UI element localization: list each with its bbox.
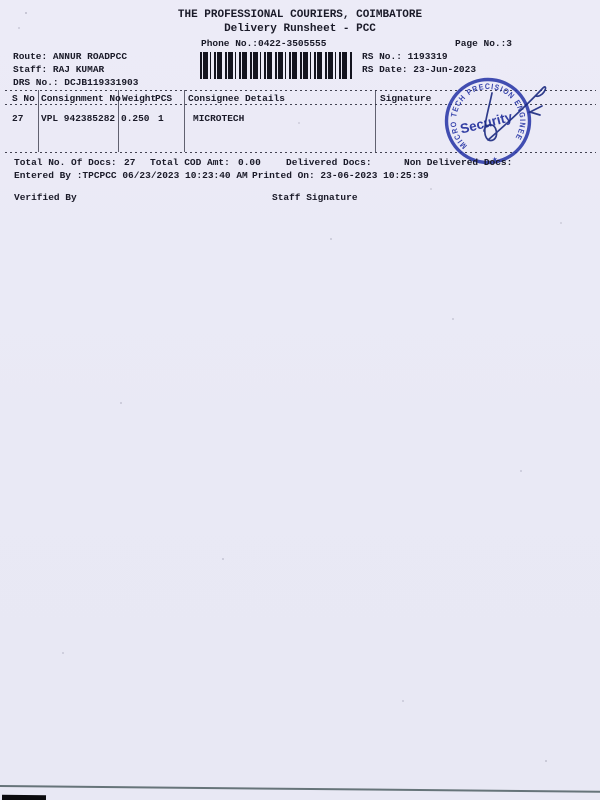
total-docs-label: Total No. Of Docs: [14, 157, 117, 168]
cell-consignment: VPL 942385282 [41, 113, 115, 124]
cell-weight: 0.250 [121, 113, 150, 124]
header-s-no: S No [12, 93, 35, 104]
drs-no-field: DRS No.: DCJB119331903 [13, 77, 138, 88]
page-number: Page No.:3 [455, 38, 512, 49]
staff-field: Staff: RAJ KUMAR [13, 64, 104, 75]
phone-number: Phone No.:0422-3505555 [201, 38, 326, 49]
signature-scribble [430, 70, 575, 165]
rs-no-field: RS No.: 1193319 [362, 51, 448, 62]
barcode [200, 52, 353, 79]
total-cod-label: Total COD Amt: [150, 157, 230, 168]
header-consignment: Consignment No [41, 93, 121, 104]
cell-s-no: 27 [12, 113, 23, 124]
col-divider [375, 90, 376, 152]
total-cod-value: 0.00 [238, 157, 261, 168]
document-title: THE PROFESSIONAL COURIERS, COIMBATORE [0, 9, 600, 21]
total-docs-value: 27 [124, 157, 135, 168]
header-pcs: PCS [155, 93, 172, 104]
printed-on: Printed On: 23-06-2023 10:25:39 [252, 170, 429, 181]
route-field: Route: ANNUR ROADPCC [13, 51, 127, 62]
header-consignee: Consignee Details [188, 93, 285, 104]
header-weight: Weight [122, 93, 156, 104]
verified-by-label: Verified By [14, 192, 77, 203]
document-subtitle: Delivery Runsheet - PCC [0, 23, 600, 35]
non-delivered-label: Non Delivered Docs: [404, 157, 512, 168]
paper-edge-line [0, 785, 600, 792]
scanned-delivery-runsheet: THE PROFESSIONAL COURIERS, COIMBATORE De… [0, 0, 600, 800]
cell-consignee: MICROTECH [193, 113, 244, 124]
scan-noise-specks [0, 0, 2, 2]
delivered-label: Delivered Docs: [286, 157, 372, 168]
col-divider [38, 90, 39, 152]
staff-signature-label: Staff Signature [272, 192, 358, 203]
col-divider [184, 90, 185, 152]
entered-by: Entered By :TPCPCC 06/23/2023 10:23:40 A… [14, 170, 248, 181]
cell-pcs: 1 [158, 113, 164, 124]
scanner-corner-shadow [2, 795, 46, 800]
